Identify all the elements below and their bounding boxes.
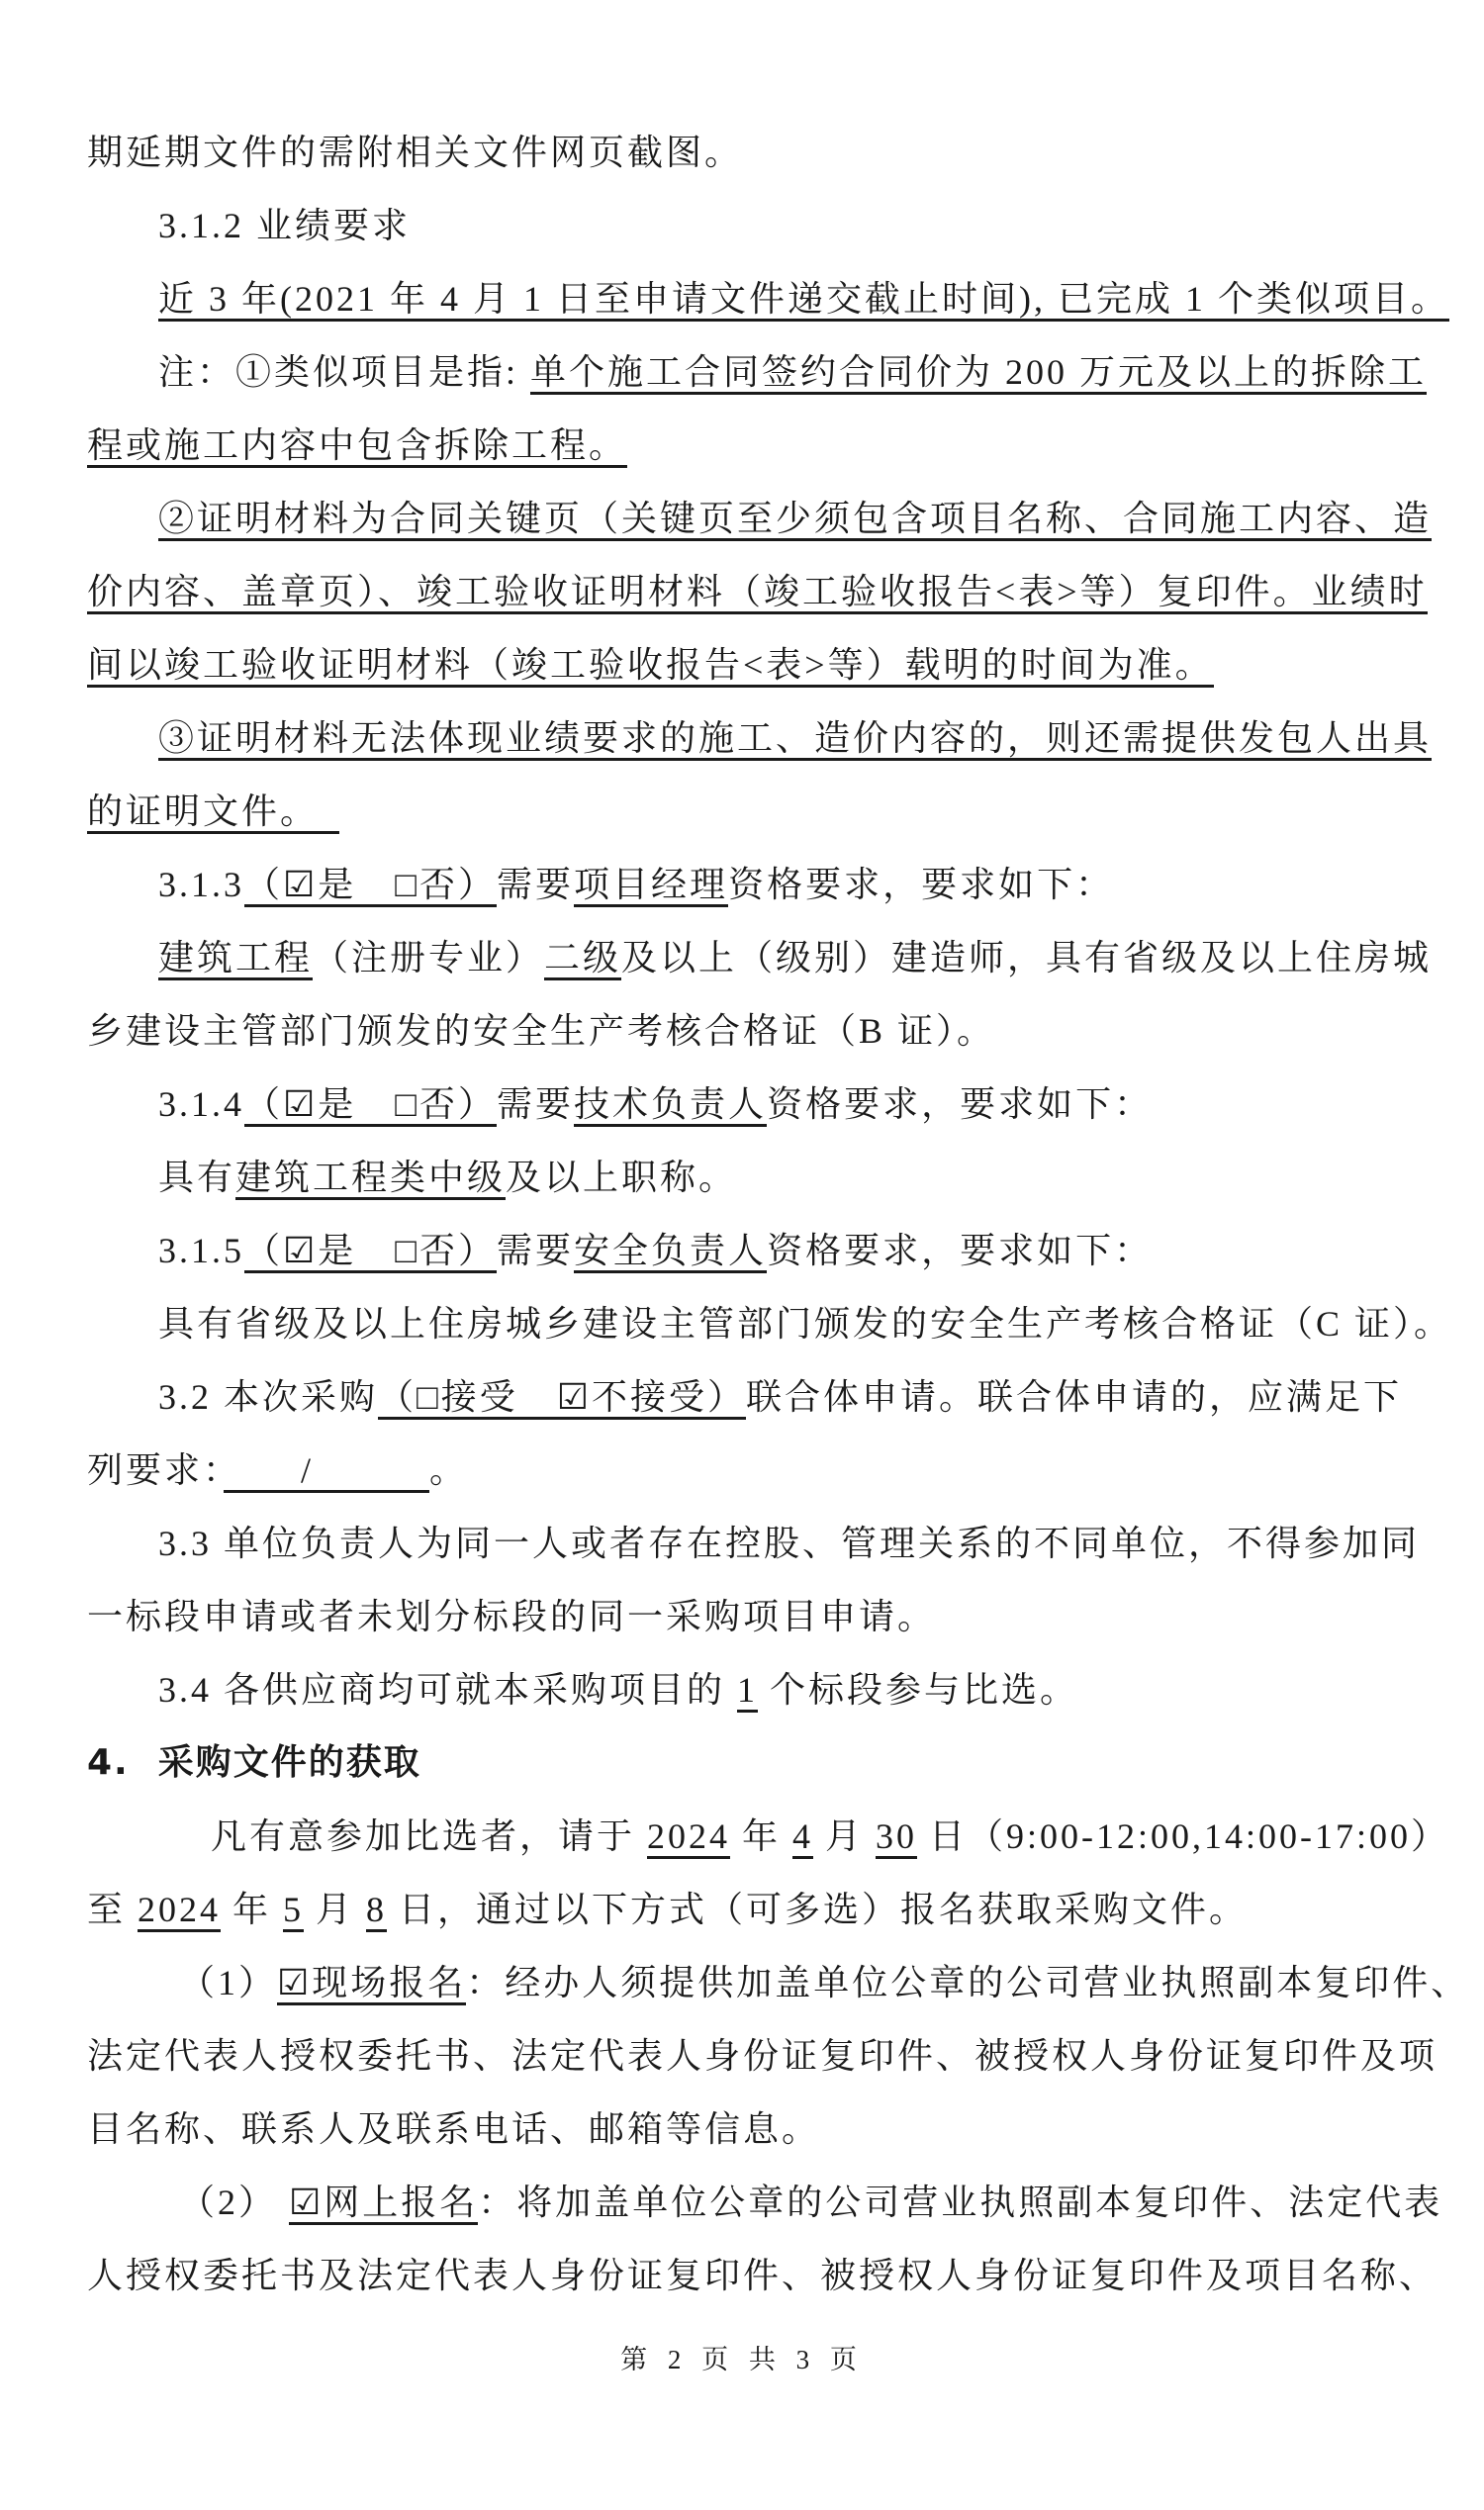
text-segment: 期延期文件的需附相关文件网页截图。 (87, 133, 743, 172)
text-line: 3.1.2 业绩要求 (87, 189, 1433, 262)
document-body: 期延期文件的需附相关文件网页截图。3.1.2 业绩要求近 3 年(2021 年 … (87, 116, 1433, 2312)
text-line: 的证明文件。 (87, 775, 1433, 848)
underlined-text: （□接受 ☑不接受） (378, 1377, 746, 1420)
underlined-text: 的证明文件。 (87, 791, 339, 834)
text-segment: 资格要求，要求如下： (767, 1084, 1153, 1124)
underlined-text: ☑网上报名 (289, 2183, 478, 2225)
underlined-text: 8 (366, 1890, 387, 1932)
underlined-text: （☑是 □否） (244, 865, 497, 907)
text-segment: 日，通过以下方式（可多选）报名获取采购文件。 (387, 1890, 1248, 1929)
text-segment: 3.4 各供应商均可就本采购项目的 (158, 1670, 737, 1710)
text-segment: 3.1.4 (158, 1084, 244, 1124)
text-line: 3.3 单位负责人为同一人或者存在控股、管理关系的不同单位，不得参加同 (87, 1507, 1433, 1580)
text-segment: 3.1.2 业绩要求 (158, 206, 411, 245)
text-segment: 3.1.5 (158, 1231, 244, 1270)
text-segment: （注册专业） (313, 938, 544, 977)
underlined-text: 5 (283, 1890, 304, 1932)
text-line: 目名称、联系人及联系电话、邮箱等信息。 (87, 2092, 1433, 2166)
underlined-text: ③证明材料无法体现业绩要求的施工、造价内容的，则还需提供发包人出具 (158, 718, 1432, 761)
text-line: 凡有意参加比选者，请于 2024 年 4 月 30 日（9:00-12:00,1… (87, 1800, 1433, 1873)
text-segment: 目名称、联系人及联系电话、邮箱等信息。 (87, 2109, 820, 2149)
text-segment: 注：①类似项目是指: (158, 352, 530, 392)
text-segment: 。 (429, 1450, 468, 1490)
text-line: 3.1.3（☑是 □否）需要项目经理资格要求，要求如下： (87, 848, 1433, 921)
underlined-text: 项目经理 (574, 865, 728, 907)
text-segment: 具有 (158, 1158, 235, 1197)
underlined-text: 1 (737, 1670, 758, 1713)
text-segment: 具有省级及以上住房城乡建设主管部门颁发的安全生产考核合格证（C 证）。 (158, 1304, 1452, 1344)
text-line: 具有省级及以上住房城乡建设主管部门颁发的安全生产考核合格证（C 证）。 (87, 1287, 1433, 1360)
text-segment: 资格要求，要求如下： (728, 865, 1114, 904)
section-heading: 4. 采购文件的获取 (87, 1726, 1433, 1800)
underlined-text: 2024 (138, 1890, 221, 1932)
text-segment: 3.3 单位负责人为同一人或者存在控股、管理关系的不同单位，不得参加同 (158, 1524, 1420, 1563)
page-footer: 第 2 页 共 3 页 (0, 2345, 1484, 2374)
text-segment: 需要 (497, 1231, 574, 1270)
text-segment: ：经办人须提供加盖单位公章的公司营业执照副本复印件、 (466, 1963, 1469, 2002)
text-segment: 月 (813, 1816, 876, 1856)
text-segment: 个标段参与比选。 (758, 1670, 1078, 1710)
underlined-text: 程或施工内容中包含拆除工程。 (87, 425, 627, 468)
text-segment: 至 (87, 1890, 138, 1929)
text-segment: 年 (221, 1890, 283, 1929)
text-line: 一标段申请或者未划分标段的同一采购项目申请。 (87, 1580, 1433, 1653)
text-segment: 4. 采购文件的获取 (87, 1742, 421, 1783)
text-segment: 人授权委托书及法定代表人身份证复印件、被授权人身份证复印件及项目名称、 (87, 2256, 1438, 2295)
text-line: 人授权委托书及法定代表人身份证复印件、被授权人身份证复印件及项目名称、 (87, 2239, 1433, 2312)
underlined-text: （☑是 □否） (244, 1231, 497, 1273)
underlined-text: 建筑工程 (158, 938, 313, 980)
underlined-text: 单个施工合同签约合同价为 200 万元及以上的拆除工 (530, 352, 1427, 395)
text-line: 法定代表人授权委托书、法定代表人身份证复印件、被授权人身份证复印件及项 (87, 2019, 1433, 2092)
underlined-text: 间以竣工验收证明材料（竣工验收报告<表>等）载明的时间为准。 (87, 645, 1214, 688)
underlined-text: 二级 (544, 938, 621, 980)
text-segment: 日（9:00-12:00,14:00-17:00） (917, 1816, 1449, 1856)
text-line: 具有建筑工程类中级及以上职称。 (87, 1141, 1433, 1214)
underlined-text: 近 3 年(2021 年 4 月 1 日至申请文件递交截止时间), 已完成 1 … (158, 279, 1449, 322)
text-line: 近 3 年(2021 年 4 月 1 日至申请文件递交截止时间), 已完成 1 … (87, 262, 1433, 335)
text-segment: 需要 (497, 1084, 574, 1124)
document-page: 期延期文件的需附相关文件网页截图。3.1.2 业绩要求近 3 年(2021 年 … (0, 0, 1484, 2510)
underlined-text: 安全负责人 (574, 1231, 767, 1273)
text-segment: （2） (179, 2183, 289, 2222)
underlined-text: 4 (792, 1816, 813, 1859)
text-line: ②证明材料为合同关键页（关键页至少须包含项目名称、合同施工内容、造 (87, 482, 1433, 555)
text-segment: 3.1.3 (158, 865, 244, 904)
text-segment: （1） (179, 1963, 277, 2002)
text-line: 间以竣工验收证明材料（竣工验收报告<表>等）载明的时间为准。 (87, 628, 1433, 701)
text-segment: 资格要求，要求如下： (767, 1231, 1153, 1270)
underlined-text: 建筑工程类中级 (235, 1158, 506, 1200)
text-segment: 乡建设主管部门颁发的安全生产考核合格证（B 证）。 (87, 1011, 995, 1051)
text-segment: 及以上职称。 (506, 1158, 737, 1197)
text-line: 3.2 本次采购（□接受 ☑不接受）联合体申请。联合体申请的，应满足下 (87, 1360, 1433, 1434)
text-segment: 法定代表人授权委托书、法定代表人身份证复印件、被授权人身份证复印件及项 (87, 2036, 1438, 2076)
text-segment: ：将加盖单位公章的公司营业执照副本复印件、法定代表 (478, 2183, 1442, 2222)
text-line: 3.1.4（☑是 □否）需要技术负责人资格要求，要求如下： (87, 1068, 1433, 1141)
text-line: 建筑工程（注册专业）二级及以上（级别）建造师，具有省级及以上住房城 (87, 921, 1433, 994)
text-segment: 月 (304, 1890, 366, 1929)
text-line: 价内容、盖章页）、竣工验收证明材料（竣工验收报告<表>等）复印件。业绩时 (87, 555, 1433, 628)
text-line: 乡建设主管部门颁发的安全生产考核合格证（B 证）。 (87, 994, 1433, 1068)
underlined-text: 技术负责人 (574, 1084, 767, 1127)
underlined-text: ②证明材料为合同关键页（关键页至少须包含项目名称、合同施工内容、造 (158, 499, 1432, 541)
underlined-text: 30 (876, 1816, 917, 1859)
text-line: 3.4 各供应商均可就本采购项目的 1 个标段参与比选。 (87, 1653, 1433, 1726)
text-segment: 联合体申请。联合体申请的，应满足下 (746, 1377, 1402, 1417)
underlined-text: ☑现场报名 (277, 1963, 466, 2005)
text-line: 3.1.5（☑是 □否）需要安全负责人资格要求，要求如下： (87, 1214, 1433, 1287)
text-segment: 及以上（级别）建造师，具有省级及以上住房城 (621, 938, 1432, 977)
text-segment: 凡有意参加比选者，请于 (211, 1816, 647, 1856)
text-line: ③证明材料无法体现业绩要求的施工、造价内容的，则还需提供发包人出具 (87, 701, 1433, 775)
underlined-text: （☑是 □否） (244, 1084, 497, 1127)
text-segment: 3.2 本次采购 (158, 1377, 378, 1417)
text-line: （2） ☑网上报名：将加盖单位公章的公司营业执照副本复印件、法定代表 (87, 2166, 1433, 2239)
text-line: 程或施工内容中包含拆除工程。 (87, 409, 1433, 482)
text-segment: 需要 (497, 865, 574, 904)
text-segment: 列要求： (87, 1450, 224, 1490)
text-line: 期延期文件的需附相关文件网页截图。 (87, 116, 1433, 189)
underlined-text: / (224, 1450, 429, 1493)
underlined-text: 2024 (647, 1816, 730, 1859)
text-line: 至 2024 年 5 月 8 日，通过以下方式（可多选）报名获取采购文件。 (87, 1873, 1433, 1946)
text-segment: 一标段申请或者未划分标段的同一采购项目申请。 (87, 1597, 936, 1636)
text-segment: 年 (730, 1816, 792, 1856)
text-line: 注：①类似项目是指: 单个施工合同签约合同价为 200 万元及以上的拆除工 (87, 335, 1433, 409)
text-line: 列要求： / 。 (87, 1434, 1433, 1507)
underlined-text: 价内容、盖章页）、竣工验收证明材料（竣工验收报告<表>等）复印件。业绩时 (87, 572, 1428, 614)
text-line: （1）☑现场报名：经办人须提供加盖单位公章的公司营业执照副本复印件、 (87, 1946, 1433, 2019)
